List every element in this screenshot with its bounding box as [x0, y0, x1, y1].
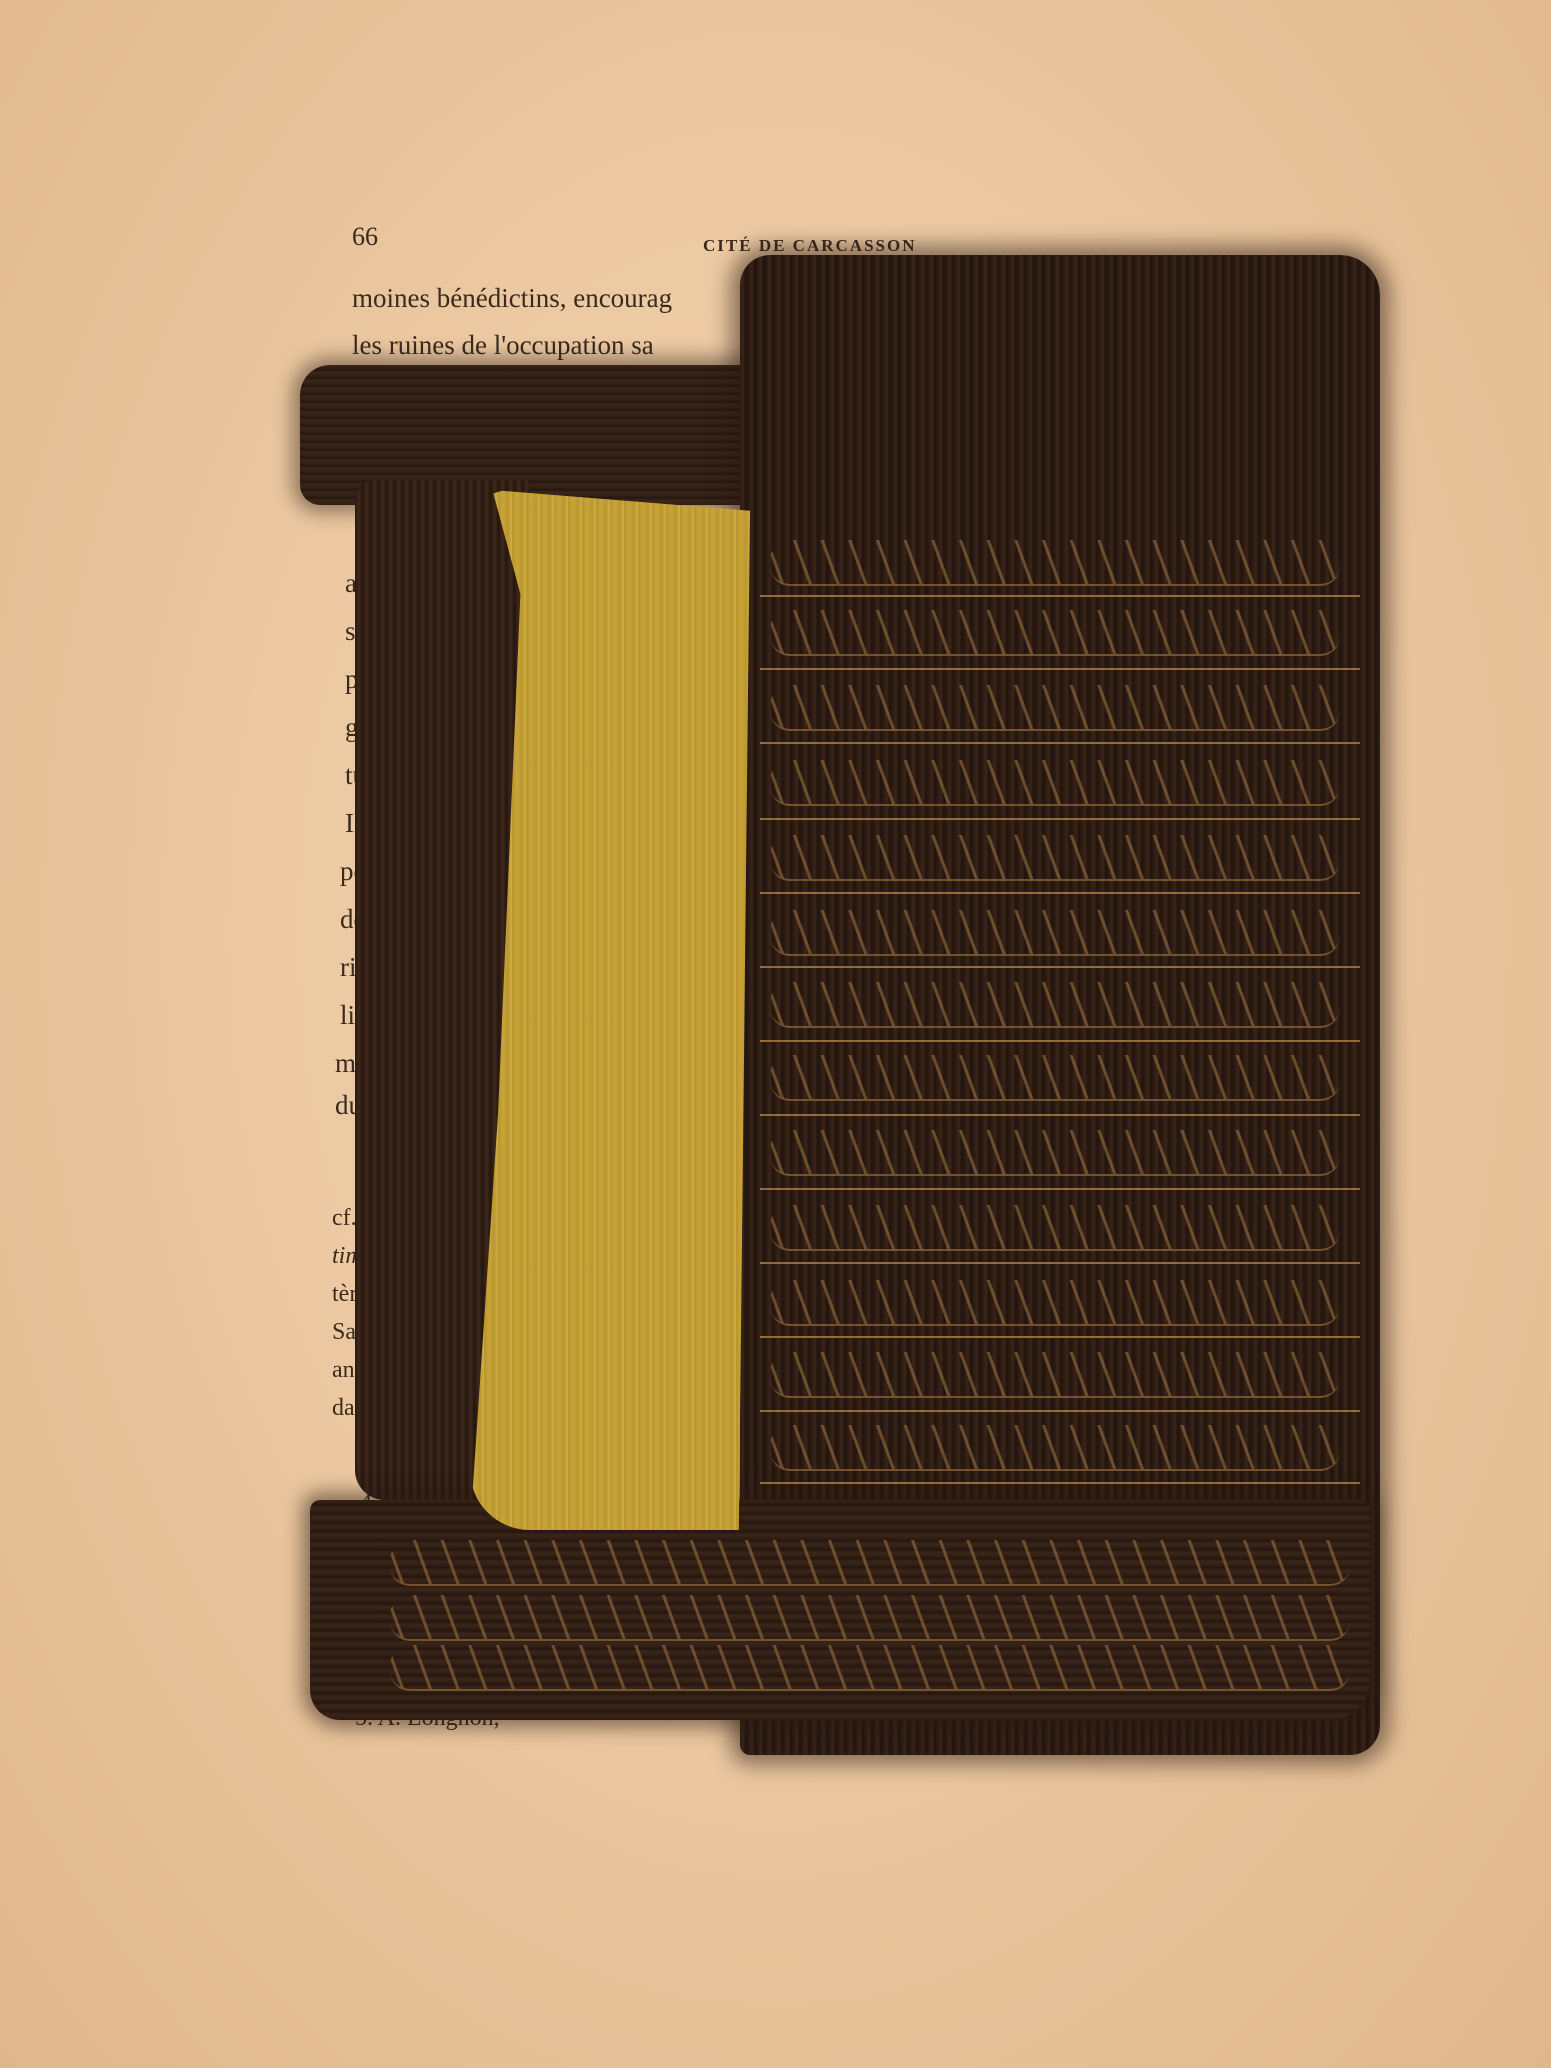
footnote-line: da	[332, 1395, 355, 1422]
ruled-line	[760, 1040, 1360, 1042]
handwriting-line	[770, 760, 1340, 806]
incised-handwriting-bottom	[390, 1540, 1350, 1690]
handwriting-line	[390, 1540, 1350, 1586]
handwriting-line	[770, 1130, 1340, 1176]
ruled-line	[760, 892, 1360, 894]
ruled-line	[760, 742, 1360, 744]
ruled-line	[760, 1410, 1360, 1412]
ruled-line	[760, 668, 1360, 670]
book-page: 66 CITÉ DE CARCASSON moines bénédictins,…	[0, 0, 1551, 2068]
handwriting-line	[770, 835, 1340, 881]
body-line: les ruines de l'occupation sa	[352, 330, 654, 361]
handwriting-line	[770, 1280, 1340, 1326]
ruled-line	[760, 818, 1360, 820]
ruled-line	[760, 1336, 1360, 1338]
ruled-line	[760, 1188, 1360, 1190]
handwriting-line	[770, 540, 1340, 586]
handwriting-line	[390, 1595, 1350, 1641]
handwriting-line	[770, 1205, 1340, 1251]
ruled-line	[760, 595, 1360, 597]
running-head: CITÉ DE CARCASSON	[703, 236, 916, 256]
footnote-line: cf.	[332, 1205, 357, 1232]
body-line: moines bénédictins, encourag	[352, 283, 672, 314]
handwriting-line	[770, 610, 1340, 656]
handwriting-line	[390, 1645, 1350, 1691]
ruled-line	[760, 966, 1360, 968]
ruled-line	[760, 1114, 1360, 1116]
ruled-line	[760, 1482, 1360, 1484]
handwriting-line	[770, 1425, 1340, 1471]
ruled-line	[760, 1262, 1360, 1264]
handwriting-line	[770, 1055, 1340, 1101]
handwriting-line	[770, 982, 1340, 1028]
page-number: 66	[352, 222, 378, 252]
handwriting-line	[770, 685, 1340, 731]
handwriting-line	[770, 1352, 1340, 1398]
handwriting-line	[770, 910, 1340, 956]
